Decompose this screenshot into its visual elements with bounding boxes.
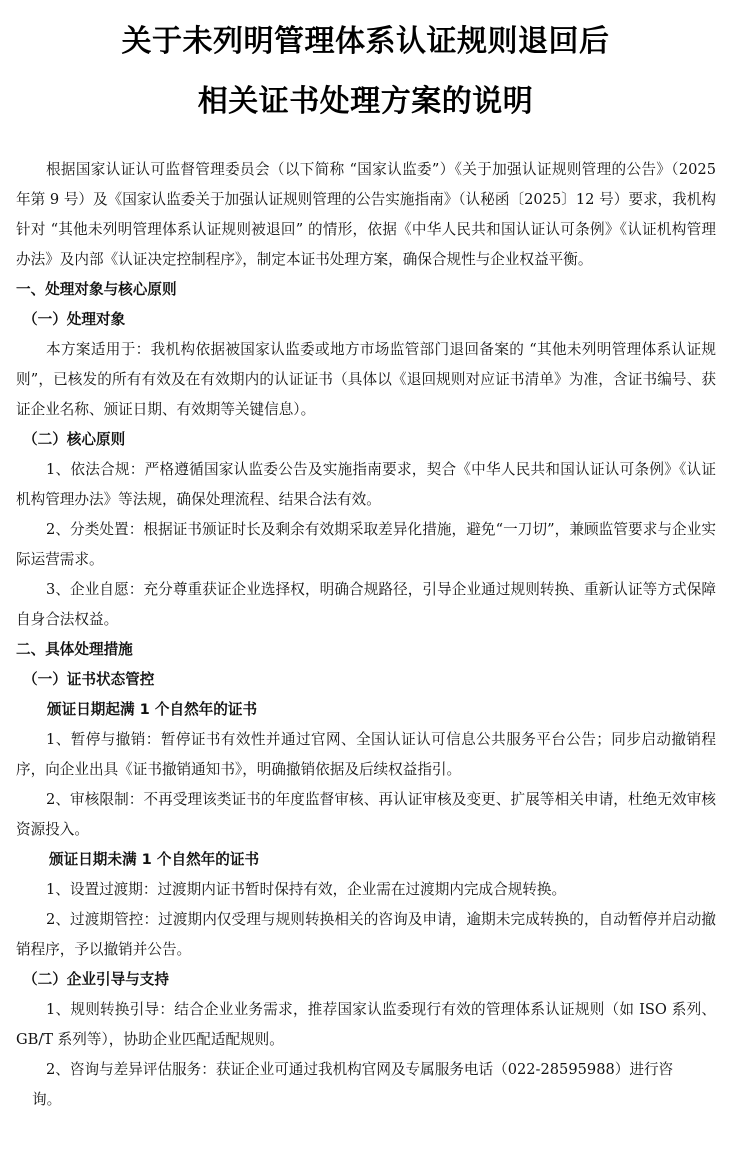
principle-3: 3、企业自愿：充分尊重获证企业选择权，明确合规路径，引导企业通过规则转换、重新认… (16, 575, 716, 635)
title-line-2: 相关证书处理方案的说明 (0, 87, 731, 117)
group-under-1-year-item-1: 1、设置过渡期：过渡期内证书暂时保持有效，企业需在过渡期内完成合规转换。 (16, 875, 716, 905)
title-line-1: 关于未列明管理体系认证规则退回后 (0, 27, 731, 57)
group-under-1-year-item-2: 2、过渡期管控：过渡期内仅受理与规则转换相关的咨询及申请，逾期未完成转换的，自动… (16, 905, 716, 965)
document-body: 根据国家认证认可监督管理委员会（以下简称 “国家认监委”）《关于加强认证规则管理… (16, 155, 716, 1115)
section-2-heading: 二、具体处理措施 (16, 635, 716, 665)
document-page: 关于未列明管理体系认证规则退回后 相关证书处理方案的说明 根据国家认证认可监督管… (0, 0, 731, 1176)
section-1-1-heading: （一）处理对象 (16, 305, 716, 335)
section-1-1-paragraph: 本方案适用于：我机构依据被国家认监委或地方市场监管部门退回备案的 “其他未列明管… (16, 335, 716, 425)
section-1-2-heading: （二）核心原则 (16, 425, 716, 455)
group-under-1-year-heading: 颁证日期未满 1 个自然年的证书 (16, 845, 716, 875)
group-over-1-year-heading: 颁证日期起满 1 个自然年的证书 (16, 695, 716, 725)
support-item-2: 2、咨询与差异评估服务：获证企业可通过我机构官网及专属服务电话（022-2859… (16, 1055, 716, 1085)
group-over-1-year-item-1: 1、暂停与撤销：暂停证书有效性并通过官网、全国认证认可信息公共服务平台公告；同步… (16, 725, 716, 785)
section-2-1-heading: （一）证书状态管控 (16, 665, 716, 695)
support-item-2-continuation: 询。 (16, 1085, 716, 1115)
principle-1: 1、依法合规：严格遵循国家认监委公告及实施指南要求，契合《中华人民共和国认证认可… (16, 455, 716, 515)
section-1-heading: 一、处理对象与核心原则 (16, 275, 716, 305)
group-over-1-year-item-2: 2、审核限制：不再受理该类证书的年度监督审核、再认证审核及变更、扩展等相关申请，… (16, 785, 716, 845)
document-title: 关于未列明管理体系认证规则退回后 相关证书处理方案的说明 (0, 22, 731, 117)
intro-paragraph: 根据国家认证认可监督管理委员会（以下简称 “国家认监委”）《关于加强认证规则管理… (16, 155, 716, 275)
support-item-1: 1、规则转换引导：结合企业业务需求，推荐国家认监委现行有效的管理体系认证规则（如… (16, 995, 716, 1055)
section-2-2-heading: （二）企业引导与支持 (16, 965, 716, 995)
principle-2: 2、分类处置：根据证书颁证时长及剩余有效期采取差异化措施，避免“一刀切”，兼顾监… (16, 515, 716, 575)
